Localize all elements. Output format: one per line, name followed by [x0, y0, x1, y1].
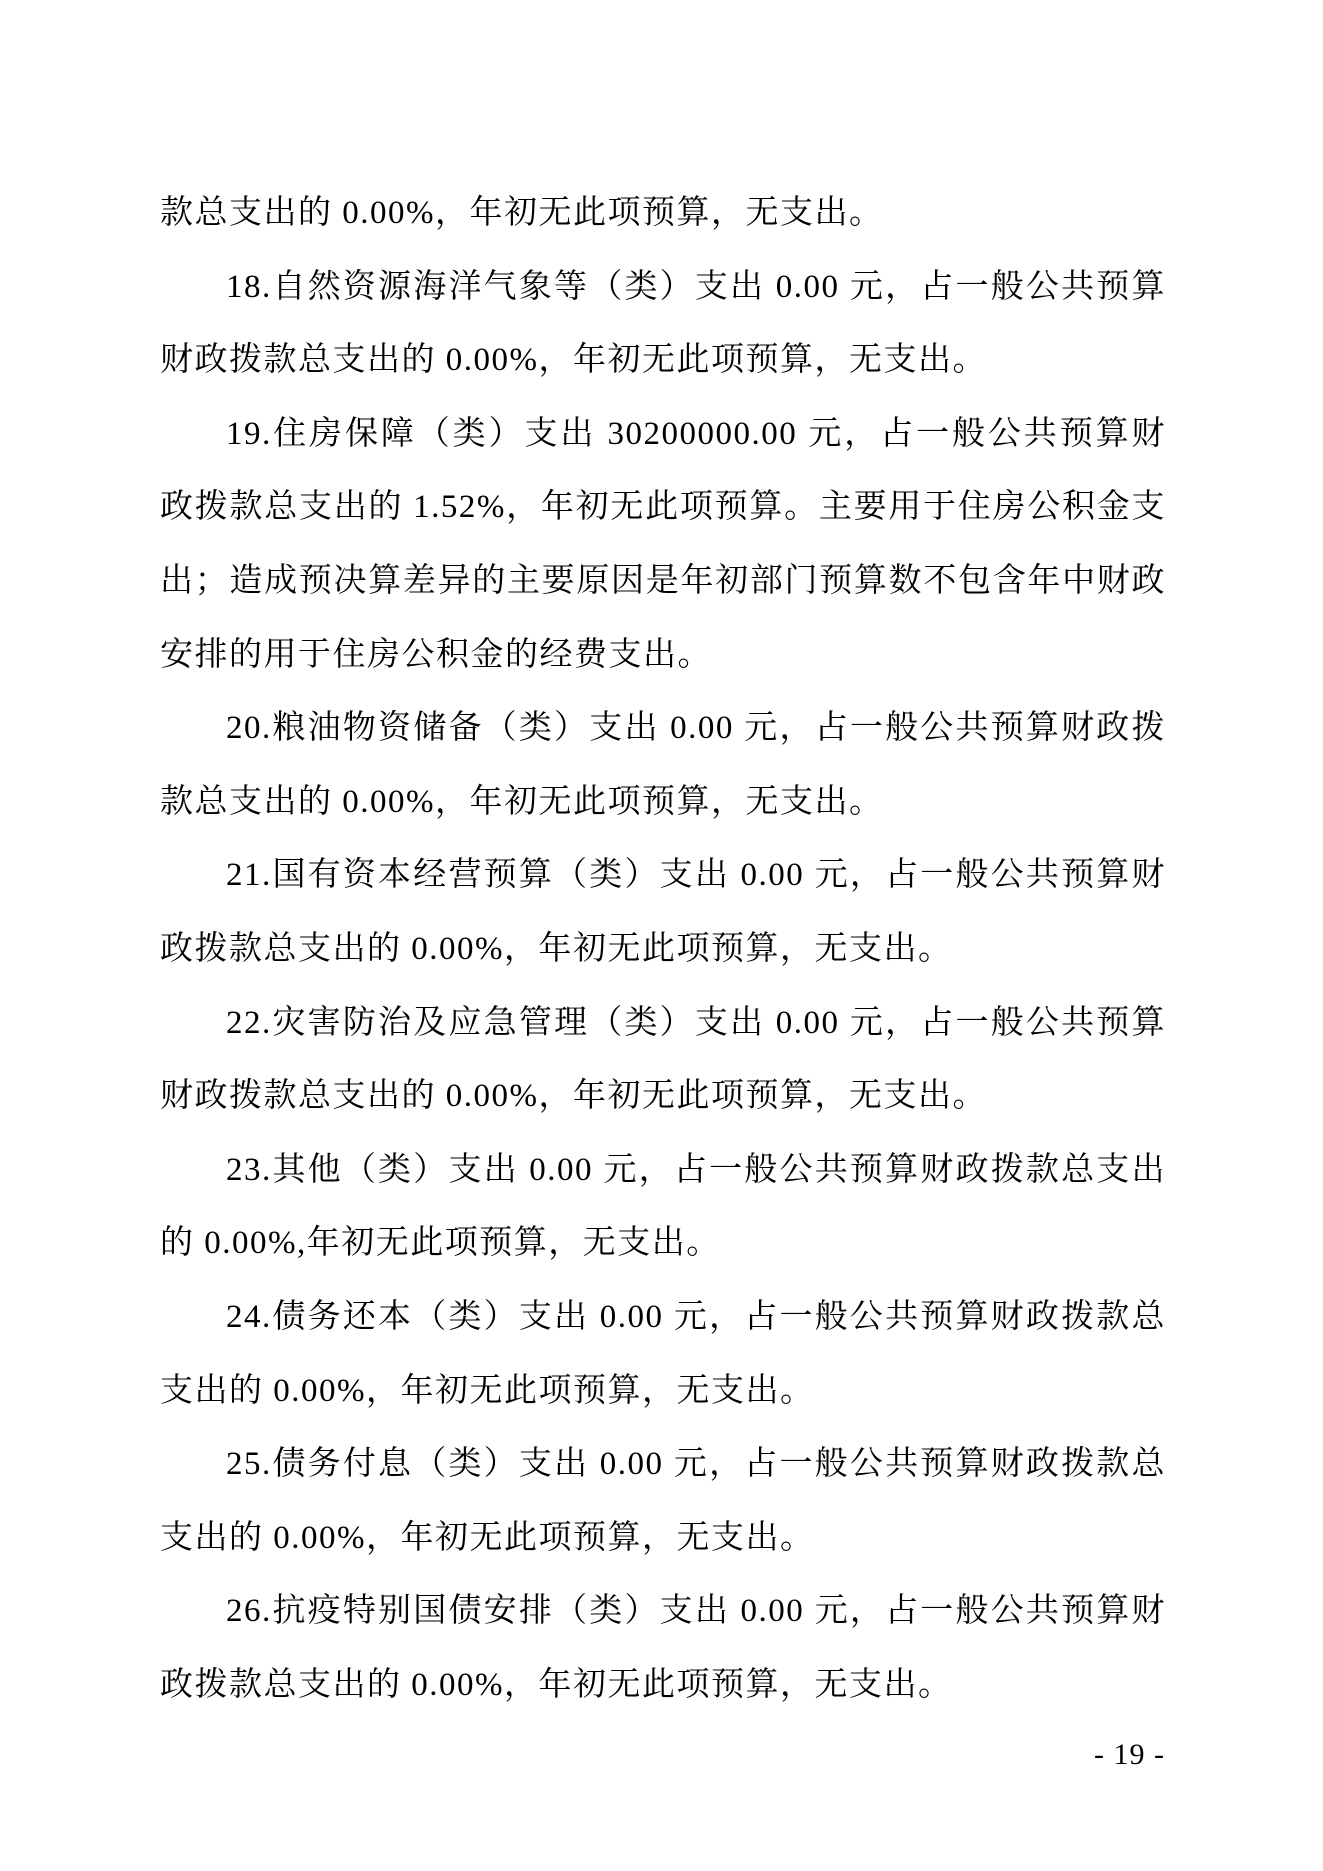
paragraph: 款总支出的 0.00%，年初无此项预算，无支出。 [160, 177, 1166, 251]
paragraph: 21.国有资本经营预算（类）支出 0.00 元，占一般公共预算财政拨款总支出的 … [160, 839, 1166, 986]
paragraph: 18.自然资源海洋气象等（类）支出 0.00 元，占一般公共预算财政拨款总支出的… [160, 251, 1166, 398]
page-number: - 19 - [1094, 1738, 1165, 1772]
paragraph: 19.住房保障（类）支出 30200000.00 元，占一般公共预算财政拨款总支… [160, 398, 1166, 692]
paragraph: 20.粮油物资储备（类）支出 0.00 元，占一般公共预算财政拨款总支出的 0.… [160, 692, 1166, 839]
paragraph: 25.债务付息（类）支出 0.00 元，占一般公共预算财政拨款总支出的 0.00… [160, 1428, 1166, 1575]
paragraph: 24.债务还本（类）支出 0.00 元，占一般公共预算财政拨款总支出的 0.00… [160, 1281, 1166, 1428]
paragraph: 23.其他（类）支出 0.00 元，占一般公共预算财政拨款总支出的 0.00%,… [160, 1134, 1166, 1281]
paragraph: 22.灾害防治及应急管理（类）支出 0.00 元，占一般公共预算财政拨款总支出的… [160, 987, 1166, 1134]
paragraph: 26.抗疫特别国债安排（类）支出 0.00 元，占一般公共预算财政拨款总支出的 … [160, 1575, 1166, 1722]
document-body: 款总支出的 0.00%，年初无此项预算，无支出。18.自然资源海洋气象等（类）支… [160, 177, 1166, 1722]
document-page: 款总支出的 0.00%，年初无此项预算，无支出。18.自然资源海洋气象等（类）支… [0, 0, 1323, 1871]
